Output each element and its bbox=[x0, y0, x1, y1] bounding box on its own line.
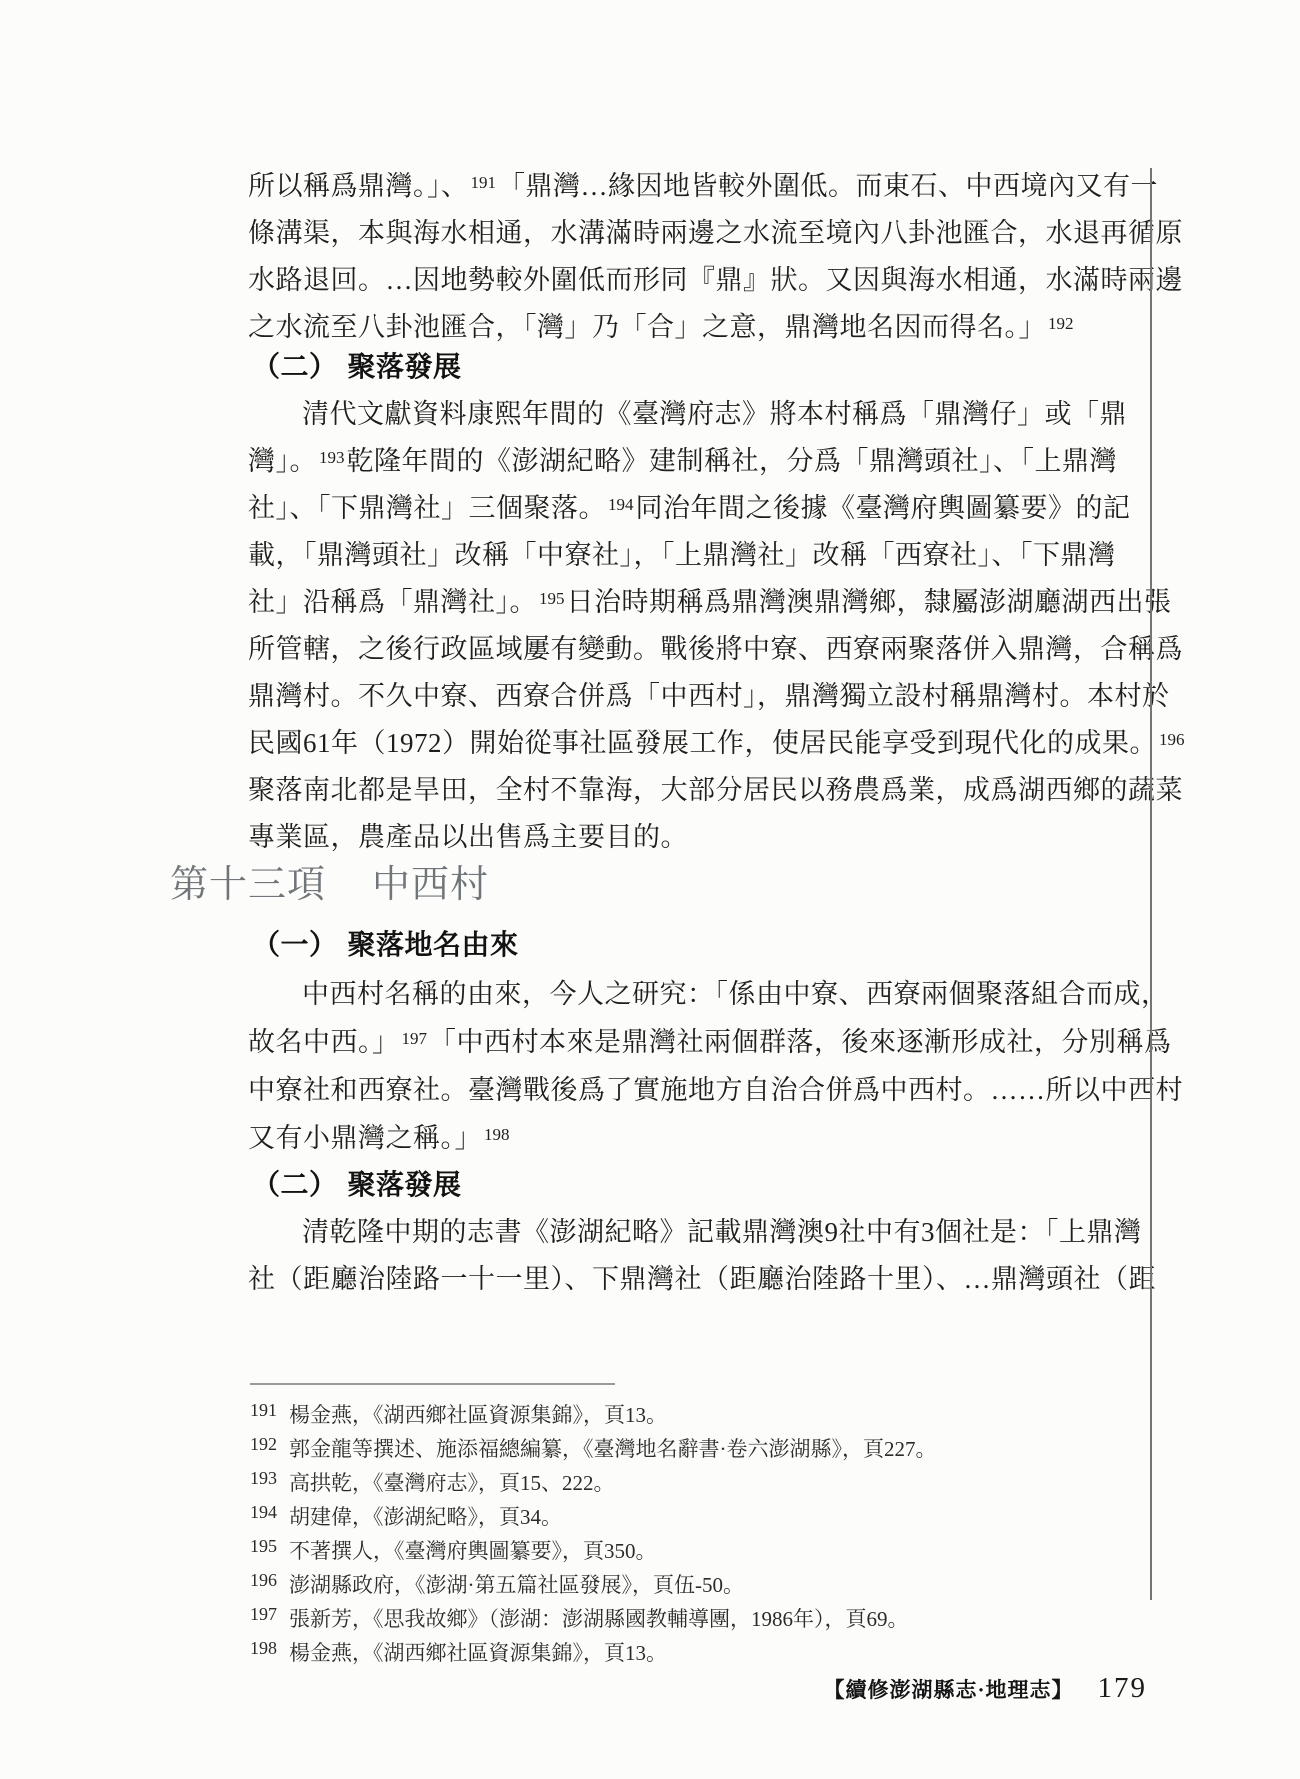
footnote-ref: 198 bbox=[484, 1125, 510, 1144]
footnote: 196澎湖縣政府，《澎湖·第五篇社區發展》，頁伍-50。 bbox=[250, 1567, 1150, 1598]
body-text-line: 社」、「下鼎灣社」三個聚落。194同治年間之後據《臺灣府輿圖纂要》的記 bbox=[248, 491, 1148, 525]
heading-number: （二） bbox=[252, 1170, 338, 1201]
footnote: 195不著撰人，《臺灣府輿圖纂要》，頁350。 bbox=[250, 1533, 1150, 1564]
text-segment: 同治年間之後據《臺灣府輿圖纂要》的記 bbox=[636, 493, 1131, 523]
body-text-line: 條溝渠，本與海水相通，水溝滿時兩邊之水流至境內八卦池匯合，水退再循原 bbox=[248, 216, 1148, 250]
text-segment: 條溝渠，本與海水相通，水溝滿時兩邊之水流至境內八卦池匯合，水退再循原 bbox=[248, 218, 1183, 248]
text-segment: 又有小鼎灣之稱。」 bbox=[248, 1123, 482, 1153]
footnote-number: 197 bbox=[250, 1604, 277, 1624]
footnote: 191楊金燕，《湖西鄉社區資源集錦》，頁13。 bbox=[250, 1397, 1150, 1428]
footnote: 198楊金燕，《湖西鄉社區資源集錦》，頁13。 bbox=[250, 1635, 1150, 1666]
text-segment: 所以稱爲鼎灣。」、 bbox=[248, 171, 469, 201]
text-segment: 水路退回。…因地勢較外圍低而形同『鼎』狀。又因與海水相通，水滿時兩邊 bbox=[248, 265, 1183, 295]
footnote: 194胡建偉，《澎湖紀略》，頁34。 bbox=[250, 1499, 1150, 1530]
footnote: 192郭金龍等撰述、施添福總編纂，《臺灣地名辭書·卷六澎湖縣》，頁227。 bbox=[250, 1431, 1150, 1462]
heading-number: （二） bbox=[252, 352, 338, 383]
footnote-text: 不著撰人，《臺灣府輿圖纂要》，頁350。 bbox=[289, 1539, 657, 1563]
text-segment: 之水流至八卦池匯合，「灣」乃「合」之意，鼎灣地名因而得名。」 bbox=[248, 312, 1046, 342]
text-segment: 中寮社和西寮社。臺灣戰後爲了實施地方自治合併爲中西村。……所以中西村 bbox=[248, 1075, 1183, 1105]
footnote-ref: 192 bbox=[1048, 314, 1074, 333]
body-text-line: 中寮社和西寮社。臺灣戰後爲了實施地方自治合併爲中西村。……所以中西村 bbox=[248, 1073, 1148, 1107]
text-segment: 日治時期稱爲鼎灣澳鼎灣鄉，隸屬澎湖廳湖西出張 bbox=[567, 587, 1172, 617]
footnote-text: 高拱乾，《臺灣府志》，頁15、222。 bbox=[289, 1471, 615, 1495]
body-text-line: 專業區，農產品以出售爲主要目的。 bbox=[248, 820, 1148, 854]
body-text-line: 水路退回。…因地勢較外圍低而形同『鼎』狀。又因與海水相通，水滿時兩邊 bbox=[248, 263, 1148, 297]
text-segment: 社」、「下鼎灣社」三個聚落。 bbox=[248, 493, 606, 523]
text-segment: 民國61年（1972）開始從事社區發展工作，使居民能享受到現代化的成果。 bbox=[248, 728, 1157, 758]
subsection-heading-development: （二）聚落發展 bbox=[252, 1169, 462, 1203]
footnote-number: 193 bbox=[250, 1468, 277, 1488]
text-segment: 清乾隆中期的志書《澎湖紀略》記載鼎灣澳9社中有3個社是：「上鼎灣 bbox=[302, 1217, 1142, 1247]
footnote-ref: 193 bbox=[319, 448, 345, 467]
text-segment: 載，「鼎灣頭社」改稱「中寮社」，「上鼎灣社」改稱「西寮社」、「下鼎灣 bbox=[248, 540, 1116, 570]
footnote-ref: 196 bbox=[1159, 730, 1185, 749]
footnote: 193高拱乾，《臺灣府志》，頁15、222。 bbox=[250, 1465, 1150, 1496]
text-segment: 聚落南北都是旱田，全村不靠海，大部分居民以務農爲業，成爲湖西鄉的蔬菜 bbox=[248, 775, 1183, 805]
footnote-text: 張新芳，《思我故鄉》（澎湖：澎湖縣國教輔導團，1986年），頁69。 bbox=[289, 1607, 909, 1631]
text-segment: 所管轄，之後行政區域屢有變動。戰後將中寮、西寮兩聚落併入鼎灣，合稱爲 bbox=[248, 634, 1183, 664]
heading-number: （一） bbox=[252, 930, 338, 961]
footnote-separator bbox=[250, 1383, 615, 1385]
body-text-line: 之水流至八卦池匯合，「灣」乃「合」之意，鼎灣地名因而得名。」192 bbox=[248, 310, 1148, 344]
footnote-text: 楊金燕，《湖西鄉社區資源集錦》，頁13。 bbox=[289, 1641, 667, 1665]
heading-text: 聚落地名由來 bbox=[348, 930, 519, 961]
text-segment: 清代文獻資料康熙年間的《臺灣府志》將本村稱爲「鼎灣仔」或「鼎 bbox=[302, 399, 1127, 429]
body-text-line: 社」沿稱爲「鼎灣社」。195日治時期稱爲鼎灣澳鼎灣鄉，隸屬澎湖廳湖西出張 bbox=[248, 585, 1148, 619]
section-title: 第十三項中西村 bbox=[170, 864, 489, 906]
footnote-text: 胡建偉，《澎湖紀略》，頁34。 bbox=[289, 1505, 562, 1529]
body-text-line: 清乾隆中期的志書《澎湖紀略》記載鼎灣澳9社中有3個社是：「上鼎灣 bbox=[248, 1215, 1148, 1249]
text-segment: 灣」。 bbox=[248, 446, 317, 476]
page-number: 179 bbox=[1098, 1672, 1148, 1704]
body-text-line: 所管轄，之後行政區域屢有變動。戰後將中寮、西寮兩聚落併入鼎灣，合稱爲 bbox=[248, 632, 1148, 666]
text-segment: 社」沿稱爲「鼎灣社」。 bbox=[248, 587, 537, 617]
heading-text: 聚落發展 bbox=[348, 352, 462, 383]
page-edge-line bbox=[1150, 168, 1152, 1600]
book-title: 【續修澎湖縣志·地理志】 bbox=[823, 1678, 1073, 1702]
body-text-line: 鼎灣村。不久中寮、西寮合併爲「中西村」，鼎灣獨立設村稱鼎灣村。本村於 bbox=[248, 679, 1148, 713]
text-segment: 鼎灣村。不久中寮、西寮合併爲「中西村」，鼎灣獨立設村稱鼎灣村。本村於 bbox=[248, 681, 1170, 711]
text-segment: 「中西村本來是鼎灣社兩個群落，後來逐漸形成社，分別稱爲 bbox=[429, 1027, 1172, 1057]
subsection-heading-development: （二）聚落發展 bbox=[252, 351, 462, 385]
body-text-line: 故名中西。」197「中西村本來是鼎灣社兩個群落，後來逐漸形成社，分別稱爲 bbox=[248, 1025, 1148, 1059]
body-text-line: 民國61年（1972）開始從事社區發展工作，使居民能享受到現代化的成果。196 bbox=[248, 726, 1148, 760]
footnote-text: 澎湖縣政府，《澎湖·第五篇社區發展》，頁伍-50。 bbox=[289, 1573, 744, 1597]
footnote: 197張新芳，《思我故鄉》（澎湖：澎湖縣國教輔導團，1986年），頁69。 bbox=[250, 1601, 1150, 1632]
footnote-number: 195 bbox=[250, 1536, 277, 1556]
body-text-line: 聚落南北都是旱田，全村不靠海，大部分居民以務農爲業，成爲湖西鄉的蔬菜 bbox=[248, 773, 1148, 807]
subsection-heading-name-origin: （一）聚落地名由來 bbox=[252, 929, 519, 963]
text-segment: 乾隆年間的《澎湖紀略》建制稱社，分爲「鼎灣頭社」、「上鼎灣 bbox=[347, 446, 1118, 476]
text-segment: 社（距廳治陸路一十一里）、下鼎灣社（距廳治陸路十里）、…鼎灣頭社（距 bbox=[248, 1264, 1156, 1294]
heading-text: 聚落發展 bbox=[348, 1170, 462, 1201]
text-segment: 中西村名稱的由來，今人之研究：「係由中寮、西寮兩個聚落組合而成， bbox=[302, 979, 1169, 1009]
footnote-ref: 195 bbox=[539, 589, 565, 608]
body-text-line: 所以稱爲鼎灣。」、191「鼎灣…緣因地皆較外圍低。而東石、中西境內又有一 bbox=[248, 169, 1148, 203]
body-text-line: 清代文獻資料康熙年間的《臺灣府志》將本村稱爲「鼎灣仔」或「鼎 bbox=[248, 397, 1148, 431]
text-segment: 專業區，農產品以出售爲主要目的。 bbox=[248, 822, 688, 852]
footnote-number: 191 bbox=[250, 1400, 277, 1420]
text-segment: 故名中西。」 bbox=[248, 1027, 400, 1057]
footnote-ref: 197 bbox=[402, 1029, 428, 1048]
section-number: 第十三項 bbox=[170, 864, 326, 906]
footnote-text: 郭金龍等撰述、施添福總編纂，《臺灣地名辭書·卷六澎湖縣》，頁227。 bbox=[289, 1437, 937, 1461]
section-name: 中西村 bbox=[372, 864, 489, 906]
footnote-number: 198 bbox=[250, 1638, 277, 1658]
footnote-number: 196 bbox=[250, 1570, 277, 1590]
footnote-text: 楊金燕，《湖西鄉社區資源集錦》，頁13。 bbox=[289, 1403, 667, 1427]
footnote-number: 194 bbox=[250, 1502, 277, 1522]
footnote-number: 192 bbox=[250, 1434, 277, 1454]
body-text-line: 社（距廳治陸路一十一里）、下鼎灣社（距廳治陸路十里）、…鼎灣頭社（距 bbox=[248, 1262, 1148, 1296]
body-text-line: 灣」。193乾隆年間的《澎湖紀略》建制稱社，分爲「鼎灣頭社」、「上鼎灣 bbox=[248, 444, 1148, 478]
footnote-ref: 191 bbox=[471, 173, 497, 192]
scanned-book-page: 所以稱爲鼎灣。」、191「鼎灣…緣因地皆較外圍低。而東石、中西境內又有一 條溝渠… bbox=[0, 0, 1300, 1779]
body-text-line: 又有小鼎灣之稱。」198 bbox=[248, 1121, 1148, 1155]
footnote-ref: 194 bbox=[608, 495, 634, 514]
page-footer: 【續修澎湖縣志·地理志】179 bbox=[650, 1671, 1147, 1710]
body-text-line: 中西村名稱的由來，今人之研究：「係由中寮、西寮兩個聚落組合而成， bbox=[248, 977, 1148, 1011]
text-segment: 「鼎灣…緣因地皆較外圍低。而東石、中西境內又有一 bbox=[498, 171, 1158, 201]
body-text-line: 載，「鼎灣頭社」改稱「中寮社」，「上鼎灣社」改稱「西寮社」、「下鼎灣 bbox=[248, 538, 1148, 572]
